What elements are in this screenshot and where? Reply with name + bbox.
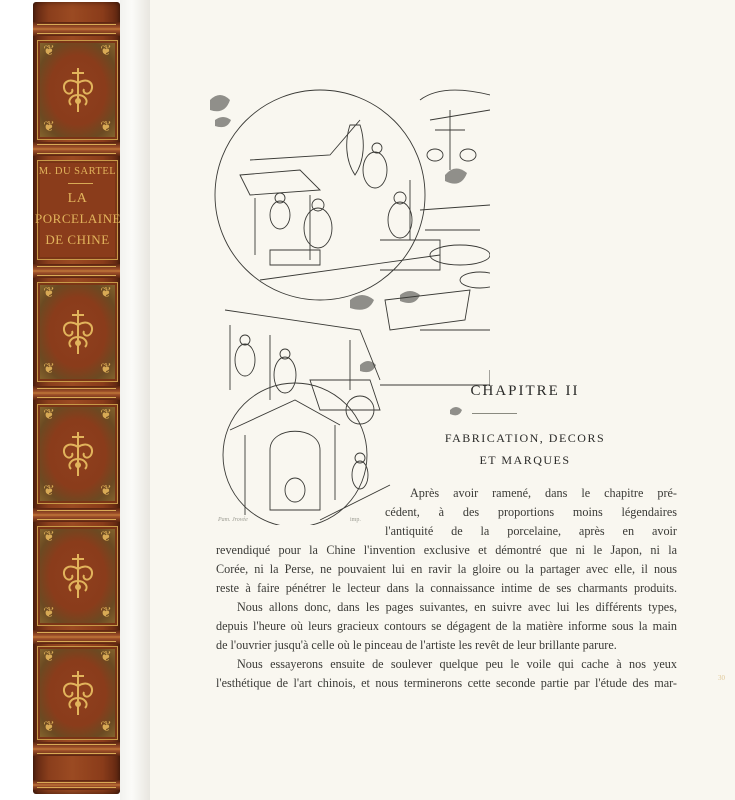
illustration-imprint: imp. <box>350 517 361 523</box>
body-text-line: Nous allons donc, dans les pages suivant… <box>237 600 677 615</box>
chapter-rule <box>472 413 517 414</box>
spine-tail-band <box>33 780 120 790</box>
background <box>0 0 33 800</box>
spine-ornament-panel: ❦ ❦ ❦ ❦ <box>37 646 118 740</box>
corner-ornament-icon: ❦ <box>97 361 115 379</box>
illustration-credit: Pam. Jrovée <box>218 517 248 523</box>
body-text-line: revendiqué pour la Chine l'invention exc… <box>216 543 677 558</box>
spine-band <box>33 22 120 36</box>
body-text-line: depuis l'heure où leurs gracieux contour… <box>216 619 677 634</box>
corner-ornament-icon: ❦ <box>97 719 115 737</box>
spine-band <box>33 508 120 522</box>
body-text-line: de l'ouvrier jusqu'à celle où le pinceau… <box>216 638 656 653</box>
corner-ornament-icon: ❦ <box>97 605 115 623</box>
body-text-line: cédent, à des proportions moins légendai… <box>385 505 677 520</box>
body-text-line: l'antiquité de la porcelaine, après en a… <box>385 524 677 539</box>
corner-ornament-icon: ❦ <box>97 649 115 667</box>
chapter-subtitle-line1: FABRICATION, DECORS <box>400 431 650 446</box>
book-spine: ❦ ❦ ❦ ❦ M. DU SARTEL LA PORCELAINE DE CH… <box>33 2 120 794</box>
corner-ornament-icon: ❦ <box>40 43 58 61</box>
spine-title-panel: M. DU SARTEL LA PORCELAINE DE CHINE <box>37 160 118 260</box>
corner-ornament-icon: ❦ <box>40 285 58 303</box>
spine-ornament-panel: ❦ ❦ ❦ ❦ <box>37 282 118 382</box>
corner-ornament-icon: ❦ <box>40 407 58 425</box>
corner-ornament-icon: ❦ <box>97 407 115 425</box>
spine-band <box>33 742 120 756</box>
corner-ornament-icon: ❦ <box>97 285 115 303</box>
body-text-line: Après avoir ramené, dans le chapitre pré… <box>410 486 677 501</box>
spine-rule <box>68 183 93 184</box>
corner-ornament-icon: ❦ <box>97 529 115 547</box>
fleuron-icon <box>57 307 99 357</box>
fleuron-icon <box>57 429 99 479</box>
corner-ornament-icon: ❦ <box>97 43 115 61</box>
corner-ornament-icon: ❦ <box>97 119 115 137</box>
corner-ornament-icon: ❦ <box>40 649 58 667</box>
fleuron-icon <box>57 65 99 115</box>
corner-ornament-icon: ❦ <box>40 719 58 737</box>
spine-ornament-panel: ❦ ❦ ❦ ❦ <box>37 404 118 504</box>
corner-ornament-icon: ❦ <box>40 119 58 137</box>
margin-mark: 30 <box>718 674 725 682</box>
body-text-line: Corée, ni la Perse, ne pouvaient lui en … <box>216 562 677 577</box>
spine-ornament-panel: ❦ ❦ ❦ ❦ <box>37 40 118 140</box>
spine-title-line1: LA <box>38 191 117 207</box>
corner-ornament-icon: ❦ <box>97 483 115 501</box>
spine-band <box>33 386 120 400</box>
spine-author: M. DU SARTEL <box>38 166 117 177</box>
spine-band <box>33 264 120 278</box>
corner-ornament-icon: ❦ <box>40 483 58 501</box>
corner-ornament-icon: ❦ <box>40 605 58 623</box>
fleuron-icon <box>57 668 99 718</box>
spine-band <box>33 142 120 156</box>
chapter-title: CHAPITRE II <box>400 383 650 400</box>
body-text-line: reste à faire pénétrer le lecteur dans l… <box>216 581 677 596</box>
page-edge <box>120 0 150 800</box>
spine-ornament-panel: ❦ ❦ ❦ ❦ <box>37 526 118 626</box>
spine-title-line3: DE CHINE <box>38 232 117 248</box>
chapter-subtitle-line2: ET MARQUES <box>400 453 650 468</box>
corner-ornament-icon: ❦ <box>40 361 58 379</box>
spine-title-line2: PORCELAINE <box>32 211 124 227</box>
spine-band <box>33 630 120 644</box>
body-text-line: Nous essayerons ensuite de soulever quel… <box>237 657 677 672</box>
body-text-line: l'esthétique de l'art chinois, et nous t… <box>216 676 677 691</box>
fleuron-icon <box>57 551 99 601</box>
corner-ornament-icon: ❦ <box>40 529 58 547</box>
